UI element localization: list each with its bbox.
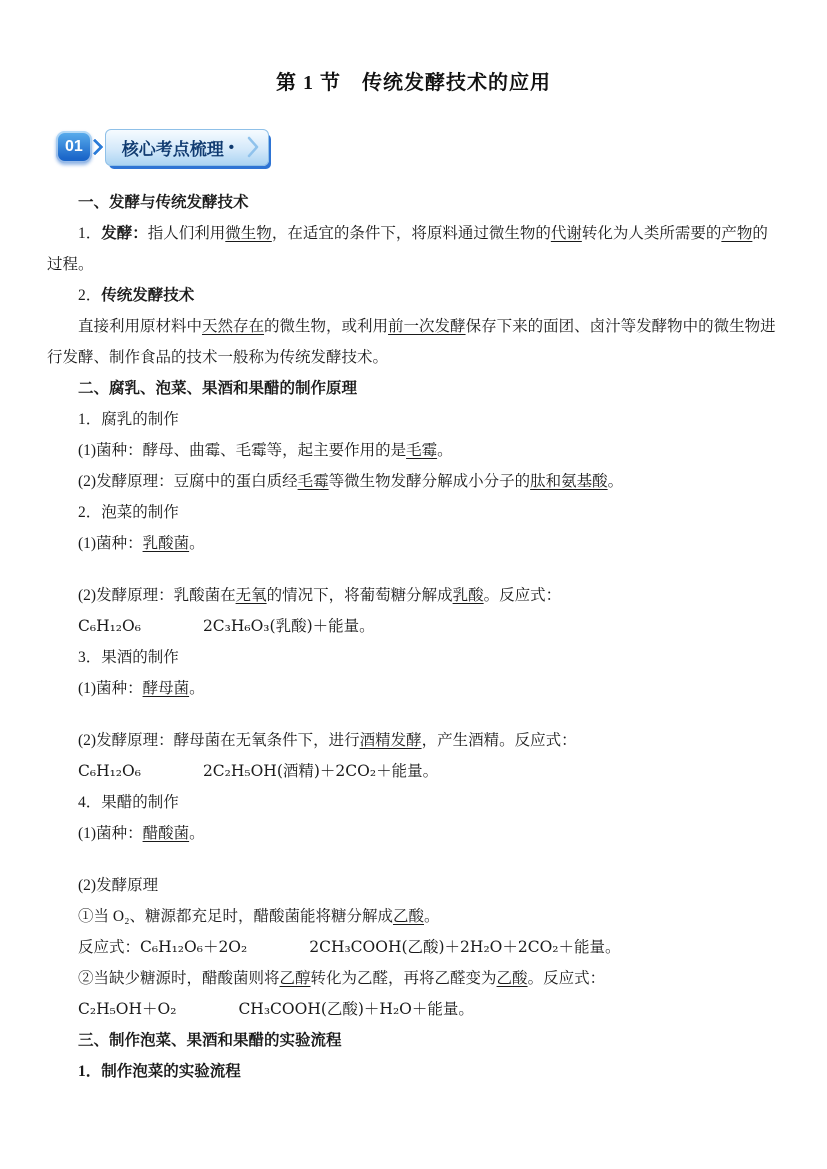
text-segment: (1)菌种： [78, 825, 143, 842]
formula-line: C₆H₁₂O₆ 2C₂H₅OH(酒精)＋2CO₂＋能量。 [47, 756, 780, 787]
text-segment: 转化为乙醛，再将乙醛变为 [311, 970, 497, 987]
text-segment: 。 [424, 908, 440, 925]
text-segment: 。 [608, 473, 624, 490]
text-segment: 天然存在 [202, 318, 264, 335]
banner-chevron-icon [247, 136, 259, 158]
text-segment: C₆H₁₂O₆ 2C₃H₆O₃(乳酸)＋能量。 [78, 617, 375, 635]
formula-line: 反应式：C₆H₁₂O₆＋2O₂ 2CH₃COOH(乙酸)＋2H₂O＋2CO₂＋能… [47, 932, 780, 963]
text-segment: ②当缺少糖源时，醋酸菌则将 [78, 970, 280, 987]
document-page: 第 1 节 传统发酵技术的应用 01 核心考点梳理• 一、发酵与传统发酵技术1．… [0, 0, 827, 1169]
paragraph: 2．泡菜的制作 [47, 497, 780, 528]
text-segment: ①当 O₂、糖源都充足时，醋酸菌能将糖分解成 [78, 908, 393, 925]
text-segment: 发酵： [101, 225, 148, 242]
paragraph: ②当缺少糖源时，醋酸菌则将乙醇转化为乙醛，再将乙醛变为乙酸。反应式： [47, 963, 780, 994]
text-segment: 2． [78, 287, 101, 304]
text-segment: 肽和氨基酸 [530, 473, 608, 490]
paragraph: (1)菌种：酵母菌。 [47, 673, 780, 704]
text-segment: (1)菌种： [78, 680, 143, 697]
paragraph: (2)发酵原理：豆腐中的蛋白质经毛霉等微生物发酵分解成小分子的肽和氨基酸。 [47, 466, 780, 497]
formula-line: C₆H₁₂O₆ 2C₃H₆O₃(乳酸)＋能量。 [47, 611, 780, 642]
text-segment: 反应式：C₆H₁₂O₆＋2O₂ 2CH₃COOH(乙酸)＋2H₂O＋2CO₂＋能… [78, 938, 621, 956]
text-segment: C₆H₁₂O₆ 2C₂H₅OH(酒精)＋2CO₂＋能量。 [78, 762, 438, 780]
paragraph: (1)菌种：醋酸菌。 [47, 818, 780, 849]
badge-label: 核心考点梳理 [122, 135, 224, 160]
formula-line: C₂H₅OH＋O₂ CH₃COOH(乙酸)＋H₂O＋能量。 [47, 994, 780, 1025]
paragraph: 1．发酵：指人们利用微生物，在适宜的条件下，将原料通过微生物的代谢转化为人类所需… [47, 218, 780, 280]
text-segment: 转化为人类所需要的 [582, 225, 722, 242]
paragraph: (2)发酵原理：酵母菌在无氧条件下，进行酒精发酵，产生酒精。反应式： [47, 725, 780, 756]
paragraph: 4．果醋的制作 [47, 787, 780, 818]
text-segment: 的微生物，或利用 [264, 318, 388, 335]
text-segment: 醋酸菌 [143, 825, 190, 842]
content-area: 一、发酵与传统发酵技术1．发酵：指人们利用微生物，在适宜的条件下，将原料通过微生… [0, 187, 827, 1087]
paragraph: (1)菌种：乳酸菌。 [47, 528, 780, 559]
text-segment: 微生物 [225, 225, 272, 242]
text-segment: C₂H₅OH＋O₂ CH₃COOH(乙酸)＋H₂O＋能量。 [78, 1000, 474, 1018]
text-segment: 4．果醋的制作 [78, 794, 179, 811]
text-segment: 毛霉 [406, 442, 437, 459]
paragraph: 1．制作泡菜的实验流程 [47, 1056, 780, 1087]
spacer [47, 849, 780, 870]
paragraph: (2)发酵原理：乳酸菌在无氧的情况下，将葡萄糖分解成乳酸。反应式： [47, 580, 780, 611]
text-segment: 。 [189, 680, 205, 697]
text-segment: 乙酸 [393, 908, 424, 925]
text-segment: 。 [437, 442, 453, 459]
paragraph: 三、制作泡菜、果酒和果醋的实验流程 [47, 1025, 780, 1056]
text-segment: 直接利用原材料中 [78, 318, 202, 335]
text-segment: 传统发酵技术 [101, 287, 194, 304]
text-segment: 酒精发酵 [360, 732, 422, 749]
text-segment: ，产生酒精。反应式： [422, 732, 577, 749]
text-segment: ，在适宜的条件下，将原料通过微生物的 [272, 225, 551, 242]
text-segment: 1．制作泡菜的实验流程 [78, 1063, 241, 1080]
text-segment: 。反应式： [528, 970, 606, 987]
paragraph: ①当 O₂、糖源都充足时，醋酸菌能将糖分解成乙酸。 [47, 901, 780, 932]
badge-banner: 核心考点梳理• [105, 129, 269, 166]
text-segment: 毛霉 [298, 473, 329, 490]
text-segment: 一、发酵与传统发酵技术 [78, 194, 249, 211]
text-segment: 无氧 [236, 587, 267, 604]
paragraph: (2)发酵原理 [47, 870, 780, 901]
text-segment: 乳酸 [453, 587, 484, 604]
text-segment: (1)菌种：酵母、曲霉、毛霉等，起主要作用的是 [78, 442, 406, 459]
text-segment: (2)发酵原理：豆腐中的蛋白质经 [78, 473, 298, 490]
text-segment: 。 [189, 825, 205, 842]
text-segment: 。反应式： [484, 587, 562, 604]
paragraph: 3．果酒的制作 [47, 642, 780, 673]
text-segment: (2)发酵原理：酵母菌在无氧条件下，进行 [78, 732, 360, 749]
text-segment: 二、腐乳、泡菜、果酒和果醋的制作原理 [78, 380, 357, 397]
text-segment: 代谢 [551, 225, 582, 242]
page-title: 第 1 节 传统发酵技术的应用 [0, 0, 827, 95]
badge-dot: • [229, 139, 234, 156]
text-segment: 乙醇 [280, 970, 311, 987]
text-segment: (1)菌种： [78, 535, 143, 552]
text-segment: 指人们利用 [148, 225, 226, 242]
section-badge: 01 核心考点梳理• [56, 127, 827, 167]
text-segment: 前一次发酵 [388, 318, 466, 335]
paragraph: (1)菌种：酵母、曲霉、毛霉等，起主要作用的是毛霉。 [47, 435, 780, 466]
text-segment: 3．果酒的制作 [78, 649, 179, 666]
paragraph: 二、腐乳、泡菜、果酒和果醋的制作原理 [47, 373, 780, 404]
text-segment: 乙酸 [497, 970, 528, 987]
text-segment: 2．泡菜的制作 [78, 504, 179, 521]
text-segment: 的情况下，将葡萄糖分解成 [267, 587, 453, 604]
paragraph: 1．腐乳的制作 [47, 404, 780, 435]
text-segment: 乳酸菌 [143, 535, 190, 552]
spacer [47, 559, 780, 580]
paragraph: 2．传统发酵技术 [47, 280, 780, 311]
paragraph: 直接利用原材料中天然存在的微生物，或利用前一次发酵保存下来的面团、卤汁等发酵物中… [47, 311, 780, 373]
paragraph: 一、发酵与传统发酵技术 [47, 187, 780, 218]
text-segment: 三、制作泡菜、果酒和果醋的实验流程 [78, 1032, 342, 1049]
text-segment: 等微生物发酵分解成小分子的 [329, 473, 531, 490]
text-segment: 。 [189, 535, 205, 552]
text-segment: 酵母菌 [143, 680, 190, 697]
text-segment: 产物 [721, 225, 752, 242]
text-segment: (2)发酵原理 [78, 877, 158, 894]
text-segment: 1．腐乳的制作 [78, 411, 179, 428]
text-segment: (2)发酵原理：乳酸菌在 [78, 587, 236, 604]
text-segment: 1． [78, 225, 101, 242]
spacer [47, 704, 780, 725]
